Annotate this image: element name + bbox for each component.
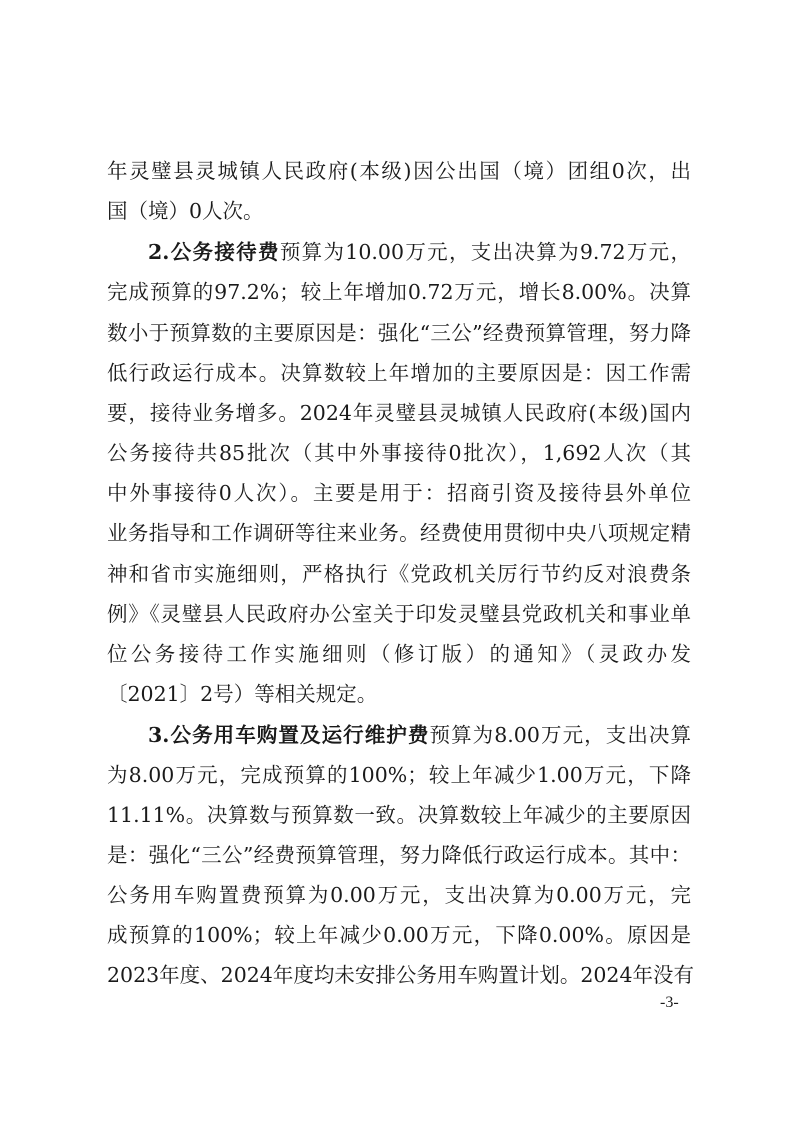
paragraph-line-19: 公务用车购置费预算为0.00万元，支出决算为0.00万元，完 <box>107 880 691 910</box>
paragraph-line-21: 2023年度、2024年度均未安排公务用车购置计划。2024年没有 <box>107 960 691 990</box>
paragraph-line-1: 年灵璧县灵城镇人民政府(本级)因公出国（境）团组0次，出 <box>107 156 691 186</box>
paragraph-line-4: 完成预算的97.2%；较上年增加0.72万元，增长8.00%。决算 <box>107 277 691 307</box>
paragraph-line-14: 〔2021〕2号）等相关规定。 <box>107 679 691 709</box>
line-text: 神和省市实施细则，严格执行《党政机关厉行节约反对浪费条 <box>107 562 691 586</box>
line-text: 要，接待业务增多。2024年灵璧县灵城镇人民政府(本级)国内 <box>107 401 691 425</box>
paragraph-line-9: 中外事接待0人次）。主要是用于：招商引资及接待县外单位 <box>107 478 691 508</box>
line-text: 业务指导和工作调研等往来业务。经费使用贯彻中央八项规定精 <box>107 521 691 545</box>
paragraph-line-20: 成预算的100%；较上年减少0.00万元，下降0.00%。原因是 <box>107 920 691 950</box>
page-number: -3- <box>660 992 679 1014</box>
line-text: 预算为8.00万元，支出决算 <box>430 723 692 747</box>
paragraph-line-17: 11.11%。决算数与预算数一致。决算数较上年减少的主要原因 <box>107 800 691 830</box>
line-text: 成预算的100%；较上年减少0.00万元，下降0.00%。原因是 <box>107 923 691 947</box>
paragraph-line-10: 业务指导和工作调研等往来业务。经费使用贯彻中央八项规定精 <box>107 518 691 548</box>
paragraph-line-18: 是：强化“三公”经费预算管理，努力降低行政运行成本。其中： <box>107 840 691 870</box>
line-text: 是：强化“三公”经费预算管理，努力降低行政运行成本。其中： <box>107 843 691 867</box>
line-text: 公务用车购置费预算为0.00万元，支出决算为0.00万元，完 <box>107 883 691 907</box>
line-text: 〔2021〕2号）等相关规定。 <box>107 682 377 706</box>
line-text: 中外事接待0人次）。主要是用于：招商引资及接待县外单位 <box>107 481 691 505</box>
line-text: 预算为10.00万元，支出决算为9.72万元， <box>280 240 691 264</box>
paragraph-line-7: 要，接待业务增多。2024年灵璧县灵城镇人民政府(本级)国内 <box>107 398 691 428</box>
paragraph-line-13: 位公务接待工作实施细则（修订版）的通知》（灵政办发 <box>107 639 691 669</box>
line-text: 例》《灵璧县人民政府办公室关于印发灵璧县党政机关和事业单 <box>107 602 691 626</box>
paragraph-line-2: 国（境）0人次。 <box>107 196 691 226</box>
section-heading-vehicle-line: 3.公务用车购置及运行维护费预算为8.00万元，支出决算 <box>148 720 691 750</box>
paragraph-line-6: 低行政运行成本。决算数较上年增加的主要原因是：因工作需 <box>107 358 691 388</box>
line-text: 国（境）0人次。 <box>107 199 264 223</box>
line-text: 位公务接待工作实施细则（修订版）的通知》（灵政办发 <box>107 642 691 666</box>
section-heading-reception: 2.公务接待费 <box>148 240 280 264</box>
line-text: 年灵璧县灵城镇人民政府(本级)因公出国（境）团组0次，出 <box>107 159 691 183</box>
paragraph-line-16: 为8.00万元，完成预算的100%；较上年减少1.00万元，下降 <box>107 760 691 790</box>
paragraph-line-5: 数小于预算数的主要原因是：强化“三公”经费预算管理，努力降 <box>107 318 691 348</box>
line-text: 完成预算的97.2%；较上年增加0.72万元，增长8.00%。决算 <box>107 280 691 304</box>
line-text: 2023年度、2024年度均未安排公务用车购置计划。2024年没有 <box>107 963 694 987</box>
paragraph-line-11: 神和省市实施细则，严格执行《党政机关厉行节约反对浪费条 <box>107 559 691 589</box>
line-text: 为8.00万元，完成预算的100%；较上年减少1.00万元，下降 <box>107 763 691 787</box>
line-text: 11.11%。决算数与预算数一致。决算数较上年减少的主要原因 <box>107 803 691 827</box>
section-heading-reception-line: 2.公务接待费预算为10.00万元，支出决算为9.72万元， <box>148 237 691 267</box>
document-page: 年灵璧县灵城镇人民政府(本级)因公出国（境）团组0次，出 国（境）0人次。 2.… <box>0 0 793 1122</box>
paragraph-line-8: 公务接待共85批次（其中外事接待0批次），1,692人次（其 <box>107 438 691 468</box>
line-text: 数小于预算数的主要原因是：强化“三公”经费预算管理，努力降 <box>107 321 691 345</box>
line-text: 公务接待共85批次（其中外事接待0批次），1,692人次（其 <box>107 441 691 465</box>
section-heading-vehicle: 3.公务用车购置及运行维护费 <box>148 723 430 747</box>
paragraph-line-12: 例》《灵璧县人民政府办公室关于印发灵璧县党政机关和事业单 <box>107 599 691 629</box>
line-text: 低行政运行成本。决算数较上年增加的主要原因是：因工作需 <box>107 361 691 385</box>
